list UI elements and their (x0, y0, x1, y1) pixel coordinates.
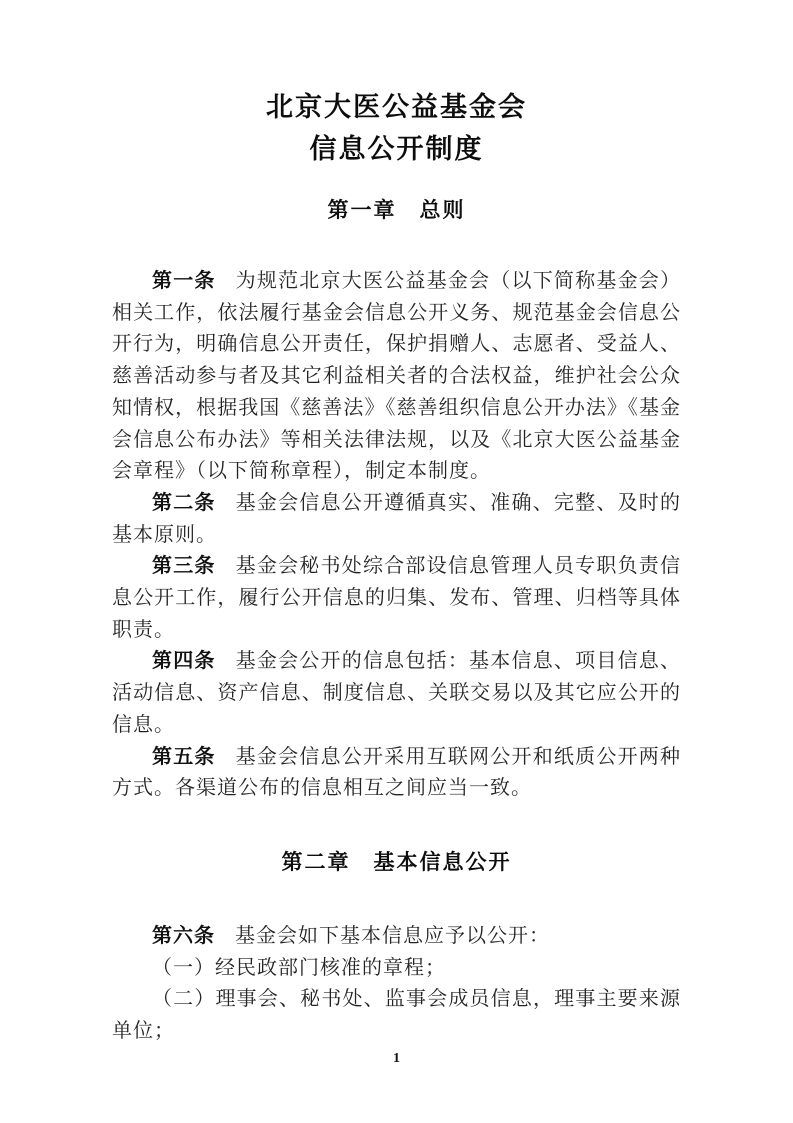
chapter-1-heading: 第一章 总则 (112, 196, 681, 224)
article-2-label: 第二条 (152, 492, 216, 514)
article-2-paragraph: 第二条基金会信息公开遵循真实、准确、完整、及时的基本原则。 (112, 488, 681, 551)
article-1-label: 第一条 (152, 270, 216, 292)
document-title: 北京大医公益基金会 信息公开制度 (112, 86, 681, 170)
article-1-paragraph: 第一条为规范北京大医公益基金会（以下简称基金会）相关工作，依法履行基金会信息公开… (112, 266, 681, 488)
chapter-2-heading: 第二章 基本信息公开 (112, 848, 681, 876)
article-1-text: 为规范北京大医公益基金会（以下简称基金会）相关工作，依法履行基金会信息公开义务、… (112, 270, 681, 482)
document-title-line-1: 北京大医公益基金会 (266, 92, 527, 122)
article-3-label: 第三条 (152, 555, 216, 577)
document-content: 北京大医公益基金会 信息公开制度 第一章 总则 第一条为规范北京大医公益基金会（… (112, 86, 681, 1048)
article-4-paragraph: 第四条基金会公开的信息包括：基本信息、项目信息、活动信息、资产信息、制度信息、关… (112, 646, 681, 741)
article-6-label: 第六条 (152, 925, 215, 947)
article-3-paragraph: 第三条基金会秘书处综合部设信息管理人员专职负责信息公开工作，履行公开信息的归集、… (112, 551, 681, 646)
article-6-paragraph: 第六条基金会如下基本信息应予以公开： (112, 921, 681, 953)
document-page: 北京大医公益基金会 信息公开制度 第一章 总则 第一条为规范北京大医公益基金会（… (0, 0, 793, 1123)
page-number: 1 (0, 1051, 793, 1067)
article-6-item-1: （一）经民政部门核准的章程； (112, 953, 681, 985)
article-5-label: 第五条 (152, 746, 216, 768)
document-title-line-2: 信息公开制度 (310, 134, 484, 164)
article-5-paragraph: 第五条基金会信息公开采用互联网公开和纸质公开两种方式。各渠道公布的信息相互之间应… (112, 742, 681, 805)
article-6-item-2: （二）理事会、秘书处、监事会成员信息，理事主要来源单位； (112, 984, 681, 1047)
article-4-label: 第四条 (152, 650, 216, 672)
article-6-text: 基金会如下基本信息应予以公开： (235, 925, 550, 947)
